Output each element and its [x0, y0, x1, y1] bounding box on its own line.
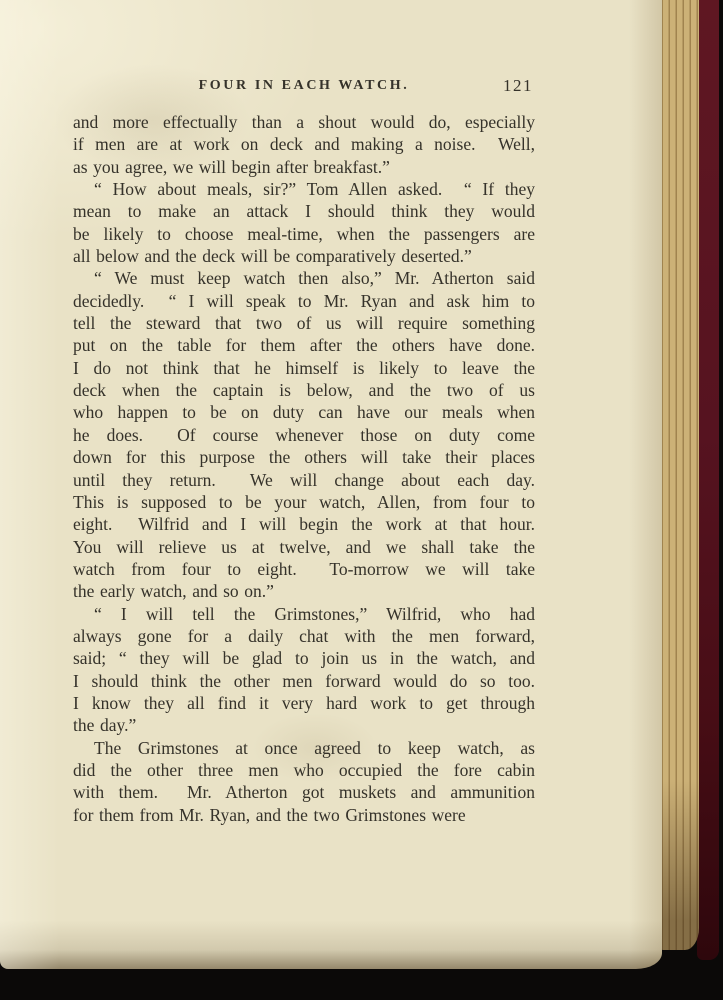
book-cover-edge [697, 0, 719, 960]
text-line: down for this purpose the others will ta… [73, 446, 535, 468]
text-line: the early watch, and so on.” [73, 580, 535, 602]
text-line: be likely to choose meal-time, when the … [73, 223, 535, 245]
text-line: mean to make an attack I should think th… [73, 200, 535, 222]
text-line: who happen to be on duty can have our me… [73, 401, 535, 423]
text-line: as you agree, we will begin after breakf… [73, 156, 535, 178]
text-line: I know they all find it very hard work t… [73, 692, 535, 714]
text-line: watch from four to eight. To-morrow we w… [73, 558, 535, 580]
text-line: I should think the other men forward wou… [73, 670, 535, 692]
text-line: if men are at work on deck and making a … [73, 133, 535, 155]
text-line: always gone for a daily chat with the me… [73, 625, 535, 647]
text-line: The Grimstones at once agreed to keep wa… [73, 737, 535, 759]
text-line: until they return. We will change about … [73, 469, 535, 491]
text-block: and more effectually than a shout would … [73, 111, 535, 826]
text-line: You will relieve us at twelve, and we sh… [73, 536, 535, 558]
text-line: deck when the captain is below, and the … [73, 379, 535, 401]
text-line: he does. Of course whenever those on dut… [73, 424, 535, 446]
text-line: “ I will tell the Grimstones,” Wilfrid, … [73, 603, 535, 625]
text-line: said; “ they will be glad to join us in … [73, 647, 535, 669]
text-line: for them from Mr. Ryan, and the two Grim… [73, 804, 535, 826]
text-line: put on the table for them after the othe… [73, 334, 535, 356]
text-line: the day.” [73, 714, 535, 736]
book-scan-scene: FOUR IN EACH WATCH. 121 and more effectu… [0, 0, 723, 1000]
text-line: did the other three men who occupied the… [73, 759, 535, 781]
text-line: tell the steward that two of us will req… [73, 312, 535, 334]
text-line: decidedly. “ I will speak to Mr. Ryan an… [73, 290, 535, 312]
page-number: 121 [503, 76, 533, 96]
text-line: eight. Wilfrid and I will begin the work… [73, 513, 535, 535]
running-title: FOUR IN EACH WATCH. [73, 78, 535, 94]
text-line: all below and the deck will be comparati… [73, 245, 535, 267]
text-line: and more effectually than a shout would … [73, 111, 535, 133]
text-line: “ How about meals, sir?” Tom Allen asked… [73, 178, 535, 200]
text-line: with them. Mr. Atherton got muskets and … [73, 781, 535, 803]
page-edges-stack [659, 0, 699, 950]
text-line: I do not think that he himself is likely… [73, 357, 535, 379]
text-line: “ We must keep watch then also,” Mr. Ath… [73, 267, 535, 289]
running-header: FOUR IN EACH WATCH. 121 [73, 76, 535, 98]
text-line: This is supposed to be your watch, Allen… [73, 491, 535, 513]
book-page: FOUR IN EACH WATCH. 121 and more effectu… [0, 0, 662, 969]
